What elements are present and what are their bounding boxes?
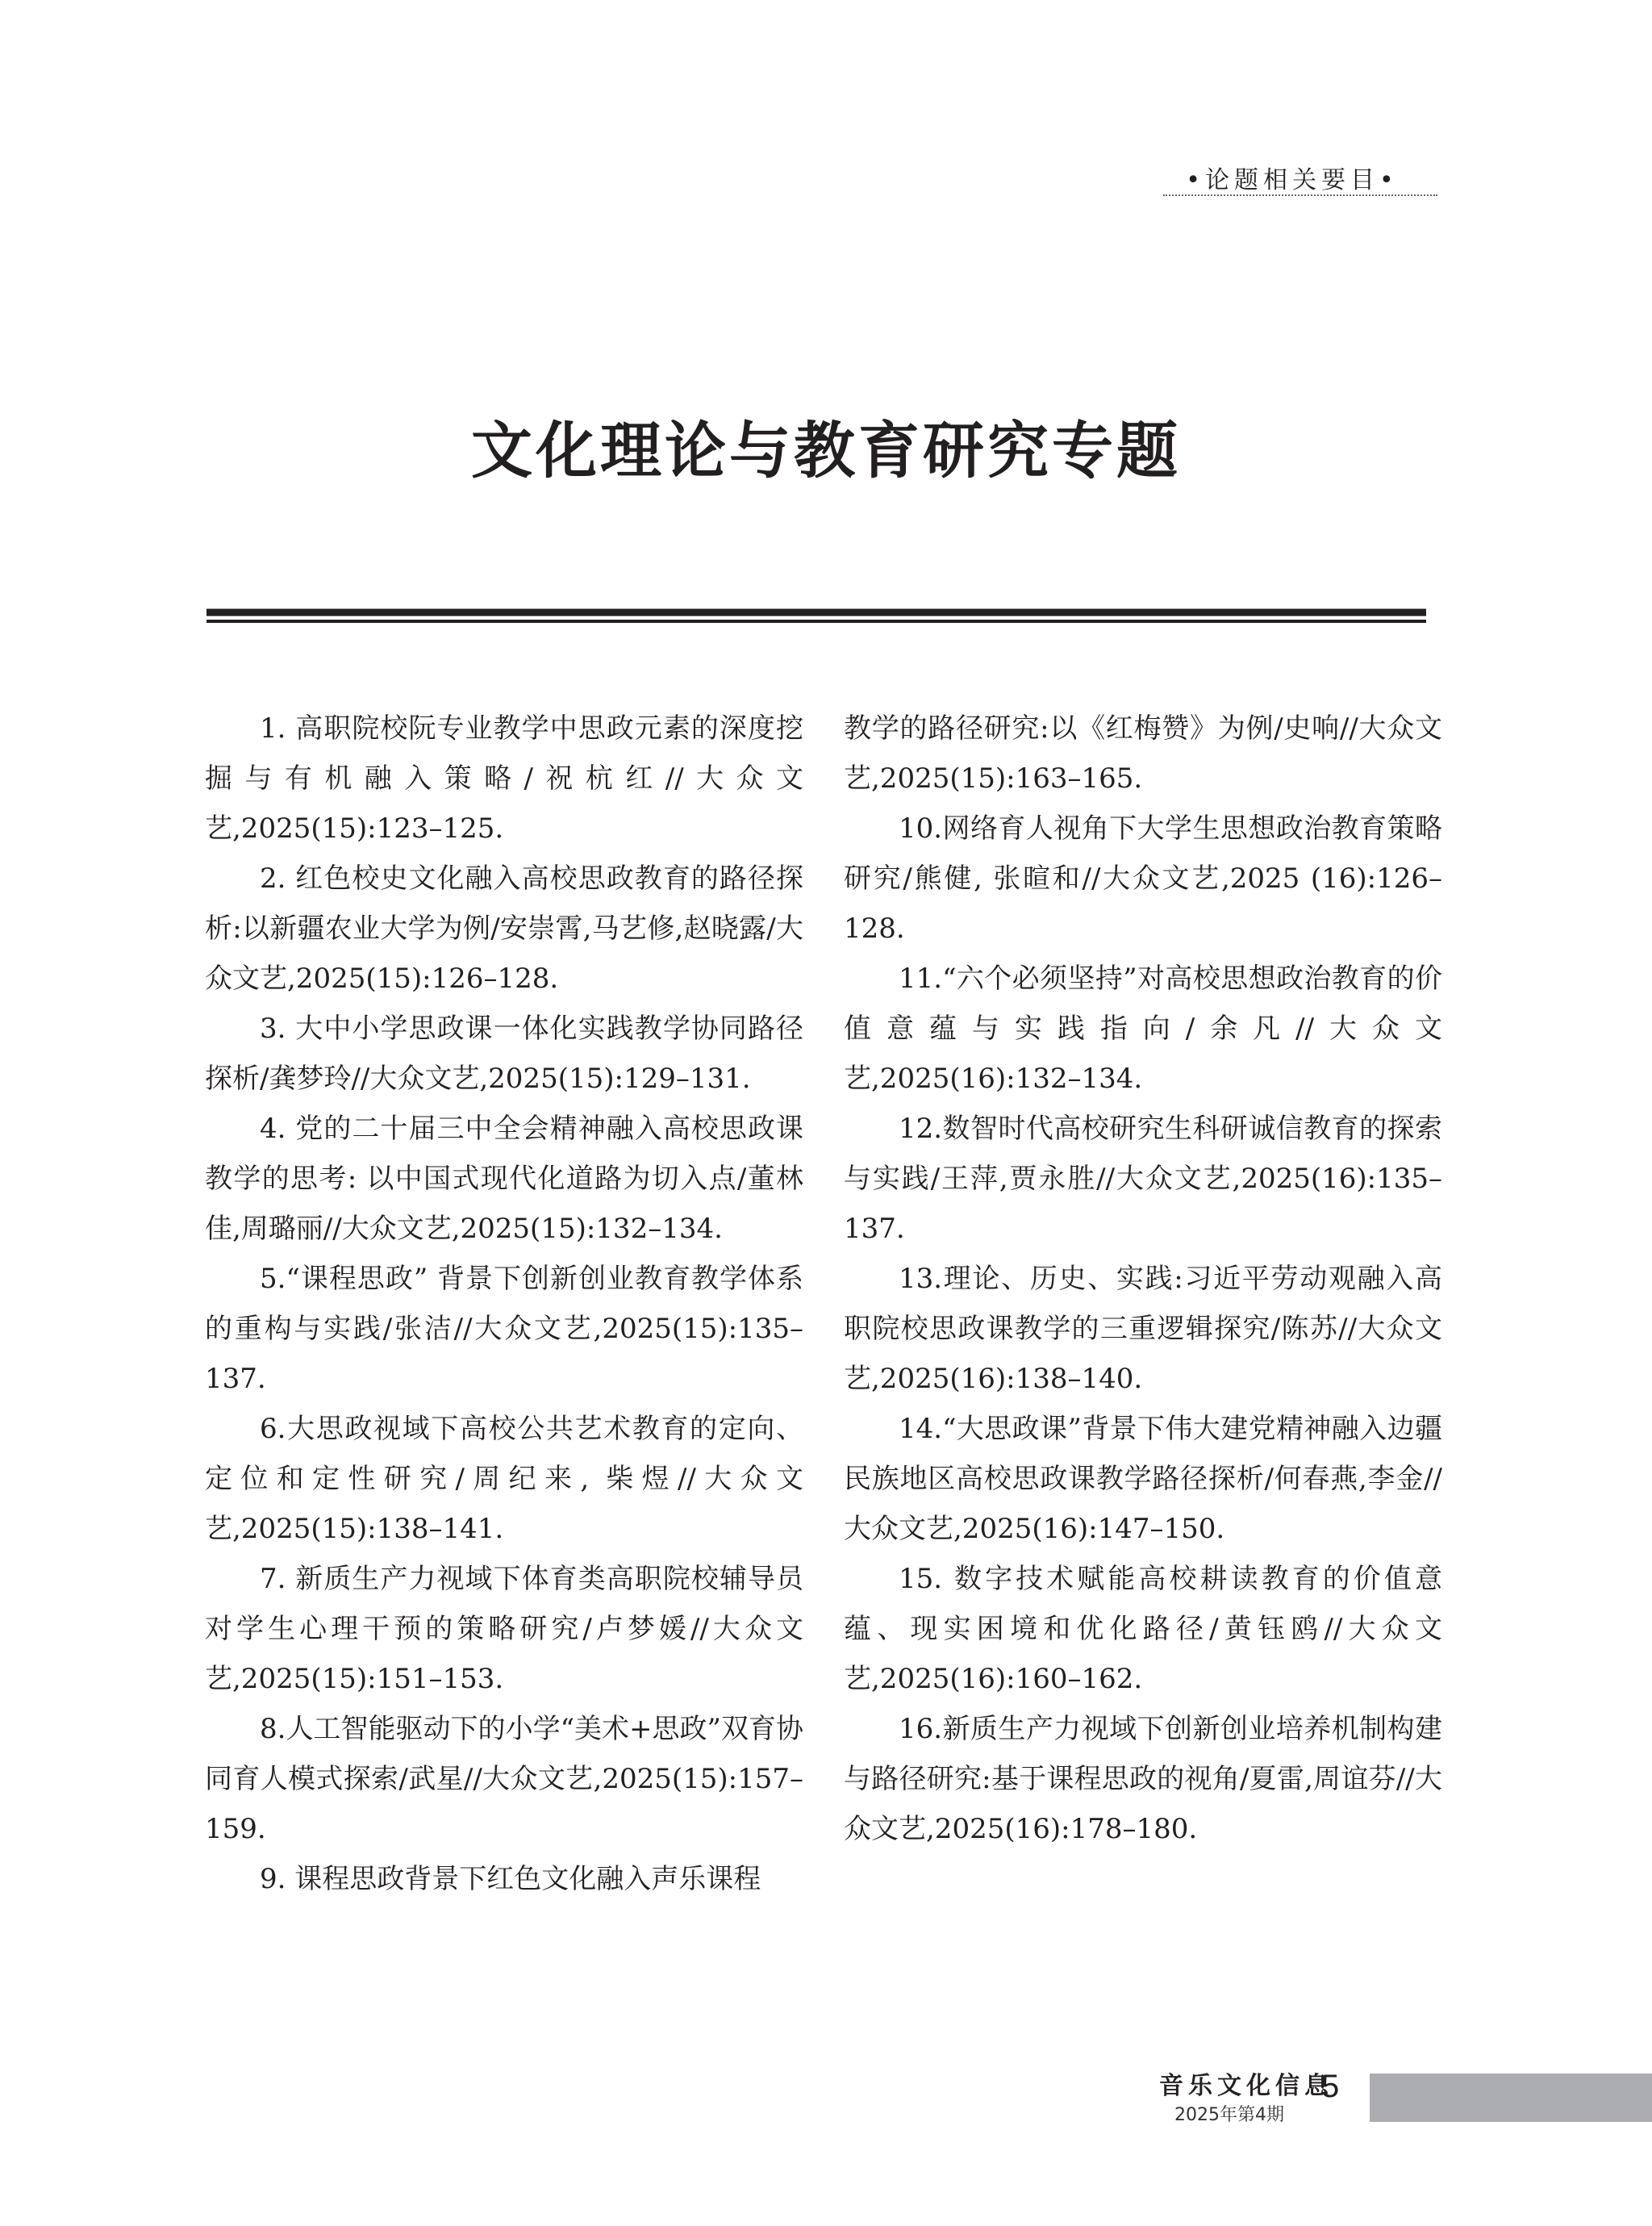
reference-entry-16: 16.新质生产力视域下创新创业培养机制构建与路径研究:基于课程思政的视角/夏雷,… bbox=[844, 1704, 1442, 1854]
reference-entry-7: 7. 新质生产力视域下体育类高职院校辅导员对学生心理干预的策略研究/卢梦媛//大… bbox=[205, 1554, 803, 1704]
title-divider-thin bbox=[206, 620, 1426, 623]
page-title: 文化理论与教育研究专题 bbox=[0, 402, 1652, 490]
reference-entry-12: 12.数智时代高校研究生科研诚信教育的探索与实践/王萍,贾永胜//大众文艺,20… bbox=[844, 1104, 1442, 1254]
page-number: 5 bbox=[1321, 2069, 1339, 2105]
footer-gray-bar bbox=[1370, 2074, 1652, 2122]
reference-entry-9-continued: 教学的路径研究:以《红梅赞》为例/史响//大众文艺,2025(15):163–1… bbox=[844, 704, 1442, 804]
reference-entry-4: 4. 党的二十届三中全会精神融入高校思政课教学的思考: 以中国式现代化道路为切入… bbox=[205, 1104, 803, 1254]
reference-entry-13: 13.理论、历史、实践:习近平劳动观融入高职院校思政课教学的三重逻辑探究/陈苏/… bbox=[844, 1254, 1442, 1404]
right-column: 教学的路径研究:以《红梅赞》为例/史响//大众文艺,2025(15):163–1… bbox=[844, 704, 1442, 1854]
title-divider-thick bbox=[206, 608, 1426, 616]
reference-entry-10: 10.网络育人视角下大学生思想政治教育策略研究/熊健, 张暄和//大众文艺,20… bbox=[844, 804, 1442, 954]
reference-entry-6: 6.大思政视域下高校公共艺术教育的定向、定位和定性研究/周纪来, 柴煜//大众文… bbox=[205, 1404, 803, 1554]
section-tag: •论题相关要目• bbox=[1155, 160, 1429, 195]
reference-entry-3: 3. 大中小学思政课一体化实践教学协同路径探析/龚梦玲//大众文艺,2025(1… bbox=[205, 1004, 803, 1104]
reference-entry-9: 9. 课程思政背景下红色文化融入声乐课程 bbox=[205, 1854, 803, 1904]
section-tag-divider bbox=[1163, 194, 1437, 196]
left-column: 1. 高职院校阮专业教学中思政元素的深度挖掘与有机融入策略/祝杭红//大众文艺,… bbox=[205, 704, 803, 1904]
reference-entry-14: 14.“大思政课”背景下伟大建党精神融入边疆民族地区高校思政课教学路径探析/何春… bbox=[844, 1404, 1442, 1554]
reference-entry-11: 11.“六个必须坚持”对高校思想政治教育的价值意蕴与实践指向/余凡//大众文艺,… bbox=[844, 954, 1442, 1104]
reference-entry-5: 5.“课程思政” 背景下创新创业教育教学体系的重构与实践/张洁//大众文艺,20… bbox=[205, 1254, 803, 1404]
reference-entry-8: 8.人工智能驱动下的小学“美术+思政”双育协同育人模式探索/武星//大众文艺,2… bbox=[205, 1704, 803, 1854]
magazine-name: 音乐文化信息 bbox=[1159, 2065, 1333, 2101]
reference-entry-15: 15. 数字技术赋能高校耕读教育的价值意蕴、现实困境和优化路径/黄钰鸥//大众文… bbox=[844, 1554, 1442, 1704]
reference-entry-1: 1. 高职院校阮专业教学中思政元素的深度挖掘与有机融入策略/祝杭红//大众文艺,… bbox=[205, 704, 803, 854]
issue-label: 2025年第4期 bbox=[1174, 2101, 1284, 2126]
reference-entry-2: 2. 红色校史文化融入高校思政教育的路径探析:以新疆农业大学为例/安崇霄,马艺修… bbox=[205, 854, 803, 1004]
